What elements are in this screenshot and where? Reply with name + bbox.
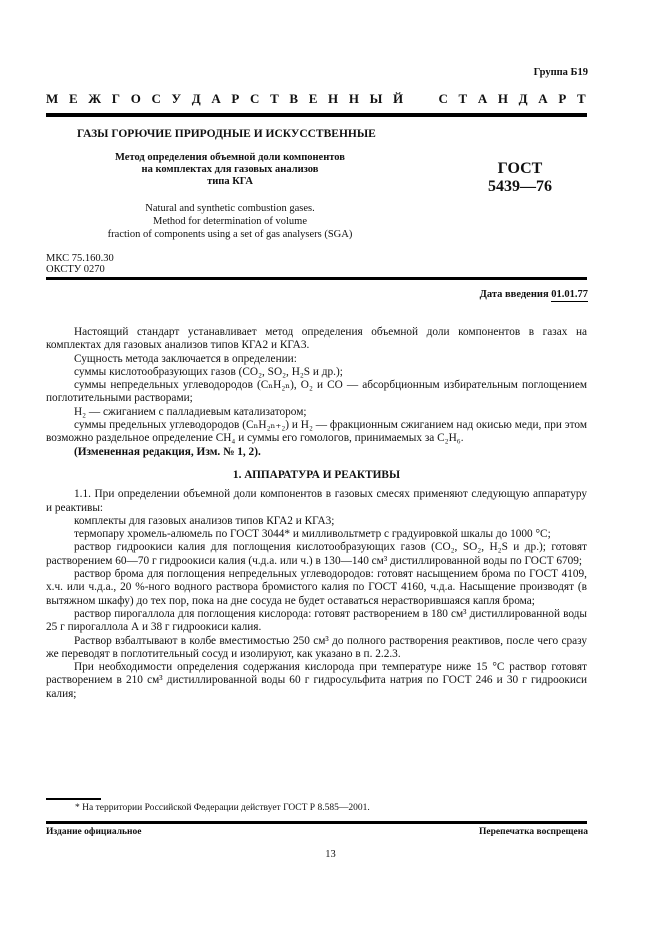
- classification-codes: МКС 75.160.30 ОКСТУ 0270: [46, 253, 114, 275]
- header-rule: [46, 113, 587, 117]
- okstu-code: ОКСТУ 0270: [46, 264, 114, 275]
- heading-letter: А: [538, 91, 547, 107]
- heading-letter: У: [172, 91, 182, 107]
- paragraph: Настоящий стандарт устанавливает метод о…: [46, 326, 587, 353]
- document-title: ГАЗЫ ГОРЮЧИЕ ПРИРОДНЫЕ И ИСКУССТВЕННЫЕ: [77, 128, 376, 140]
- heading-letter: Е: [309, 91, 318, 107]
- heading-letter: Г: [112, 91, 120, 107]
- heading-letter: С: [250, 91, 259, 107]
- heading-letter: А: [478, 91, 487, 107]
- heading-letter: Р: [231, 91, 239, 107]
- document-body: Настоящий стандарт устанавливает метод о…: [46, 326, 587, 701]
- paragraph: суммы кислотообразующих газов (CO₂, SO₂,…: [46, 366, 587, 379]
- paragraph: Сущность метода заключается в определени…: [46, 353, 587, 366]
- subtitle-ru-line: типа КГА: [80, 176, 380, 188]
- subtitle-en-line: Natural and synthetic combustion gases.: [60, 202, 400, 215]
- paragraph: 1.1. При определении объемной доли компо…: [46, 488, 587, 515]
- codes-rule: [46, 277, 587, 280]
- reprint-prohibited-label: Перепечатка воспрещена: [479, 827, 588, 837]
- heading-letter: Д: [192, 91, 201, 107]
- paragraph: При необходимости определения содержания…: [46, 661, 587, 701]
- section-heading: 1. АППАРАТУРА И РЕАКТИВЫ: [46, 469, 587, 482]
- heading-letter: Е: [69, 91, 78, 107]
- paragraph: суммы предельных углеводородов (CₙH₂ₙ₊₂)…: [46, 419, 587, 446]
- gost-label: ГОСТ: [470, 160, 570, 178]
- heading-letter: С: [152, 91, 161, 107]
- heading-letter: О: [131, 91, 141, 107]
- gost-designation: ГОСТ 5439—76: [470, 160, 570, 196]
- subtitle-en-line: Method for determination of volume: [60, 215, 400, 228]
- heading-letter: Т: [270, 91, 279, 107]
- subtitle-russian: Метод определения объемной доли компонен…: [80, 152, 380, 188]
- list-item: раствор брома для поглощения непредельны…: [46, 568, 587, 608]
- subtitle-en-line: fraction of components using a set of ga…: [60, 228, 400, 241]
- paragraph: суммы непредельных углеводородов (CₙH₂ₙ)…: [46, 379, 587, 406]
- heading-letter: С: [438, 91, 447, 107]
- group-code: Группа Б19: [534, 67, 588, 78]
- list-item: термопару хромель-алюмель по ГОСТ 3044* …: [46, 528, 587, 541]
- heading-letter: Й: [393, 91, 403, 107]
- heading-letter: Р: [558, 91, 566, 107]
- paragraph: Раствор взбалтывают в колбе вместимостью…: [46, 635, 587, 662]
- footnote: * На территории Российской Федерации дей…: [75, 803, 370, 813]
- heading-letter: А: [211, 91, 220, 107]
- subtitle-english: Natural and synthetic combustion gases. …: [60, 202, 400, 241]
- footnote-rule: [46, 798, 101, 800]
- gost-number: 5439—76: [470, 178, 570, 196]
- amendment-note: (Измененная редакция, Изм. № 1, 2).: [46, 446, 587, 459]
- heading-letter: Н: [498, 91, 508, 107]
- list-item: раствор гидроокиси калия для поглощения …: [46, 541, 587, 568]
- heading-letter: Н: [328, 91, 338, 107]
- date-value: 01.01.77: [551, 289, 588, 302]
- heading-letter: Н: [349, 91, 359, 107]
- heading-letter: Т: [577, 91, 586, 107]
- subtitle-ru-line: Метод определения объемной доли компонен…: [80, 152, 380, 164]
- list-item: комплекты для газовых анализов типов КГА…: [46, 515, 587, 528]
- introduction-date: Дата введения 01.01.77: [480, 289, 588, 300]
- official-edition-label: Издание официальное: [46, 827, 142, 837]
- heading-letter: В: [289, 91, 298, 107]
- footer-rule: [46, 821, 587, 824]
- subtitle-ru-line: на комплектах для газовых анализов: [80, 164, 380, 176]
- heading-letter: Т: [459, 91, 468, 107]
- page-number: 13: [0, 849, 661, 860]
- list-item: раствор пирогаллола для поглощения кисло…: [46, 608, 587, 635]
- paragraph: H₂ — сжиганием с палладиевым катализатор…: [46, 406, 587, 419]
- heading-letter: Ж: [88, 91, 101, 107]
- heading-letter: М: [46, 91, 58, 107]
- heading-letter: Ы: [370, 91, 383, 107]
- word-gap: [414, 91, 428, 107]
- mks-code: МКС 75.160.30: [46, 253, 114, 264]
- interstate-standard-heading: МЕЖГОСУДАРСТВЕННЫЙСТАНДАРТ: [46, 91, 586, 107]
- date-label: Дата введения: [480, 289, 549, 300]
- heading-letter: Д: [519, 91, 528, 107]
